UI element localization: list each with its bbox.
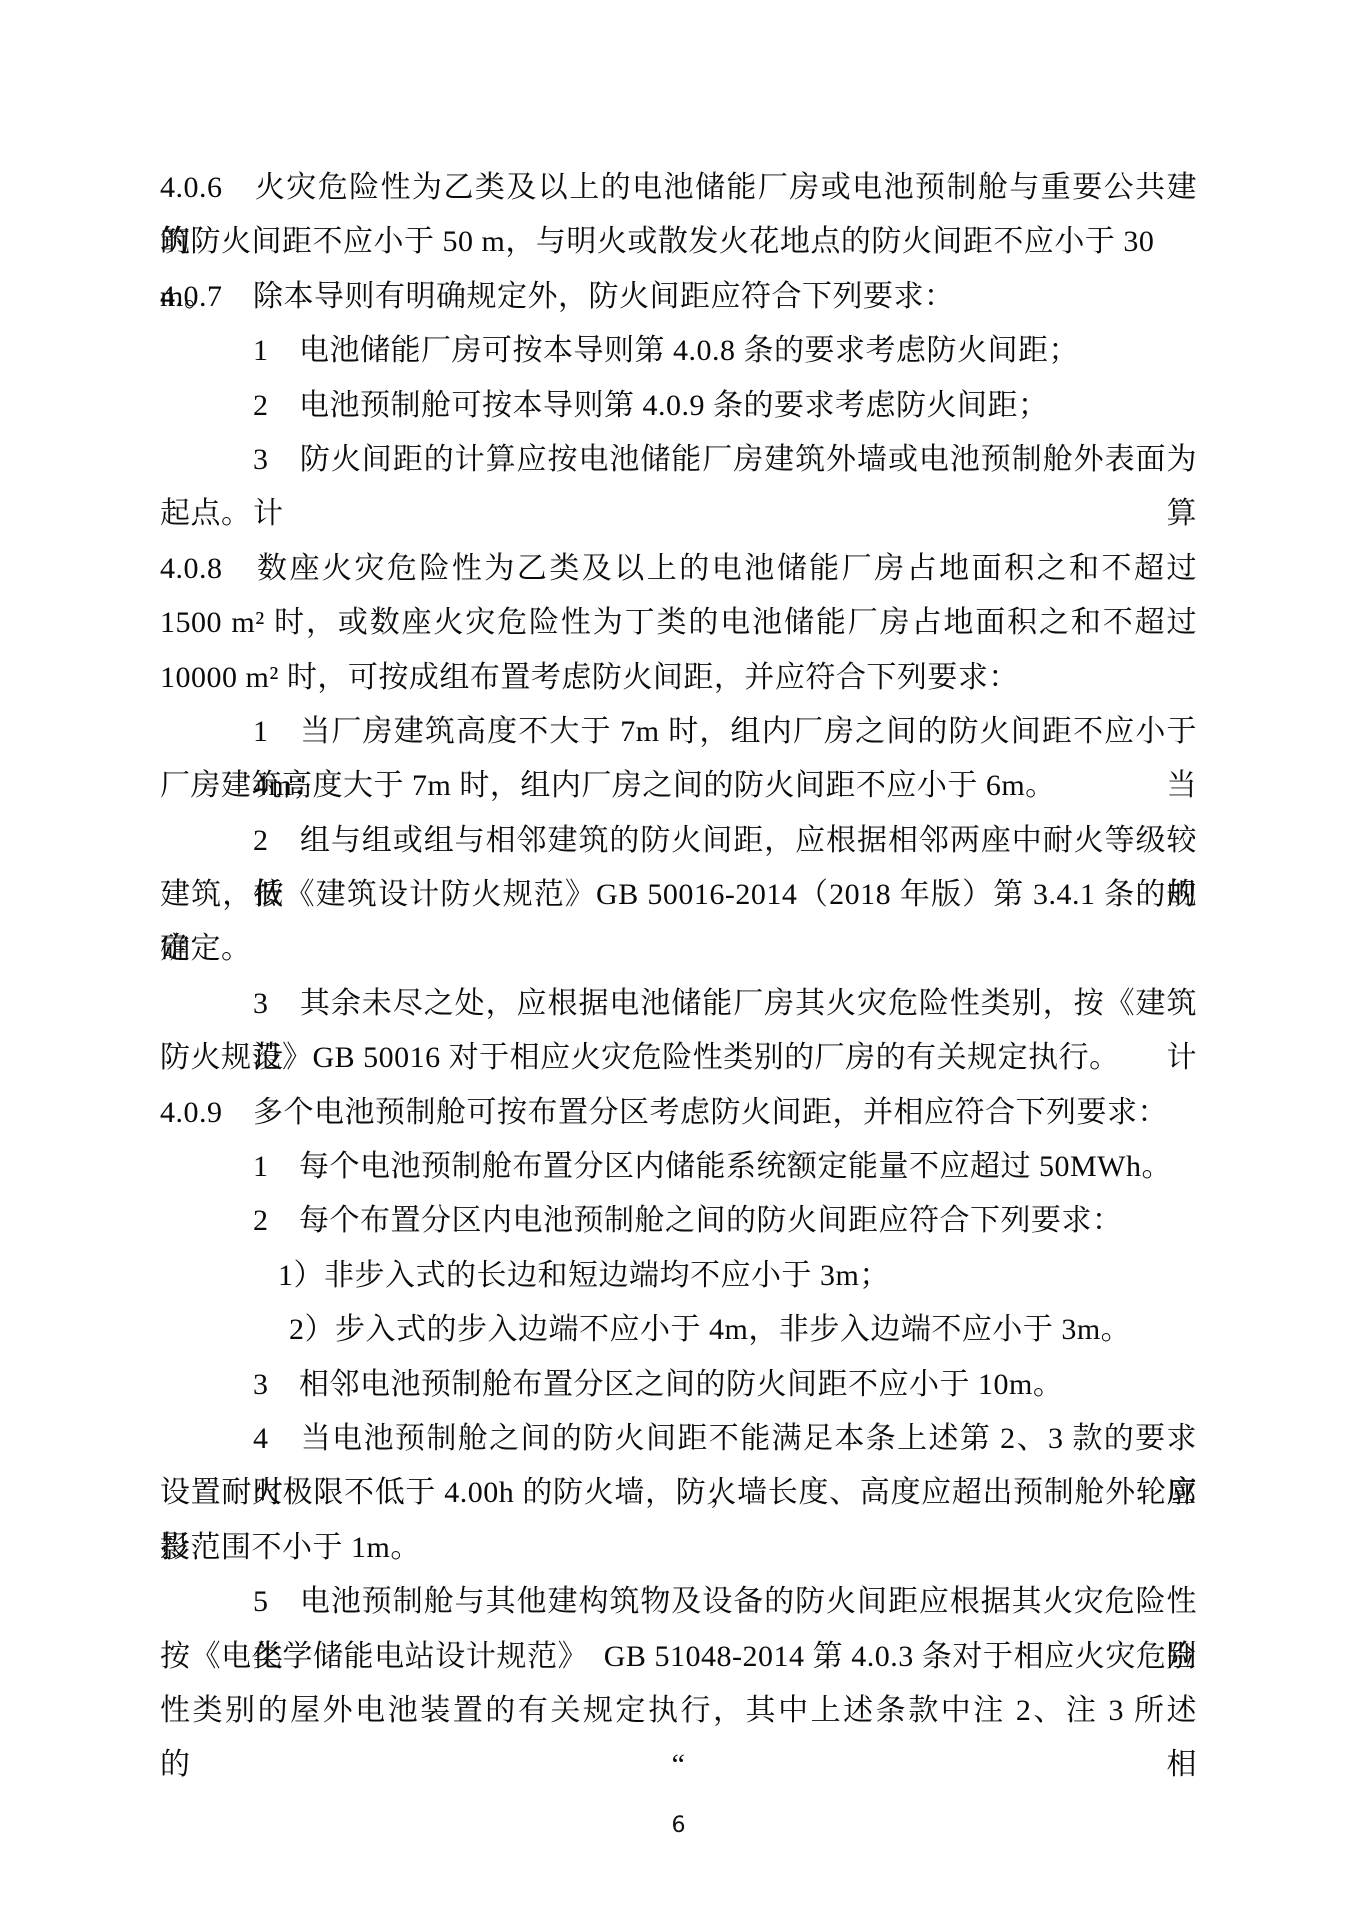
doc-line: 4.0.9 多个电池预制舱可按布置分区考虑防火间距，并相应符合下列要求： — [160, 1086, 1197, 1140]
doc-line: 1 电池储能厂房可按本导则第 4.0.8 条的要求考虑防火间距； — [160, 324, 1197, 378]
doc-line: 10000 m² 时，可按成组布置考虑防火间距，并应符合下列要求： — [160, 651, 1197, 705]
doc-line: 3 相邻电池预制舱布置分区之间的防火间距不应小于 10m。 — [160, 1358, 1197, 1412]
doc-line: 1 当厂房建筑高度不大于 7m 时，组内厂房之间的防火间距不应小于 4m；当 — [160, 705, 1197, 759]
document-page: 4.0.6 火灾危险性为乙类及以上的电池储能厂房或电池预制舱与重要公共建筑 的防… — [0, 0, 1357, 1930]
doc-line: 1 每个电池预制舱布置分区内储能系统额定能量不应超过 50MWh。 — [160, 1140, 1197, 1194]
doc-line: 2）步入式的步入边端不应小于 4m，非步入边端不应小于 3m。 — [160, 1303, 1197, 1357]
page-number: 6 — [0, 1813, 1357, 1838]
doc-line: 性类别的屋外电池装置的有关规定执行，其中上述条款中注 2、注 3 所述的“相 — [160, 1684, 1197, 1738]
doc-line: 4.0.8 数座火灾危险性为乙类及以上的电池储能厂房占地面积之和不超过 — [160, 542, 1197, 596]
doc-line: 4.0.6 火灾危险性为乙类及以上的电池储能厂房或电池预制舱与重要公共建筑 — [160, 161, 1197, 215]
doc-line: 2 每个布置分区内电池预制舱之间的防火间距应符合下列要求： — [160, 1194, 1197, 1248]
doc-line: 5 电池预制舱与其他建构筑物及设备的防火间距应根据其火灾危险性类别 — [160, 1575, 1197, 1629]
doc-line: 1500 m² 时，或数座火灾危险性为丁类的电池储能厂房占地面积之和不超过 — [160, 596, 1197, 650]
doc-line: 确定。 — [160, 922, 1197, 976]
doc-line: 3 其余未尽之处，应根据电池储能厂房其火灾危险性类别，按《建筑设计 — [160, 977, 1197, 1031]
doc-line: 按《电化学储能电站设计规范》 GB 51048-2014 第 4.0.3 条对于… — [160, 1630, 1197, 1684]
doc-line: 影范围不小于 1m。 — [160, 1521, 1197, 1575]
doc-line: 的防火间距不应小于 50 m，与明火或散发火花地点的防火间距不应小于 30 m。 — [160, 215, 1197, 269]
doc-line: 设置耐火极限不低于 4.00h 的防火墙，防火墙长度、高度应超出预制舱外轮廓投 — [160, 1466, 1197, 1520]
doc-line: 4.0.7 除本导则有明确规定外，防火间距应符合下列要求： — [160, 270, 1197, 324]
doc-line: 建筑，按《建筑设计防火规范》GB 50016-2014（2018 年版）第 3.… — [160, 868, 1197, 922]
doc-line: 2 组与组或组与相邻建筑的防火间距，应根据相邻两座中耐火等级较低的 — [160, 814, 1197, 868]
document-body: 4.0.6 火灾危险性为乙类及以上的电池储能厂房或电池预制舱与重要公共建筑 的防… — [160, 161, 1197, 1738]
doc-line: 3 防火间距的计算应按电池储能厂房建筑外墙或电池预制舱外表面为计算 — [160, 433, 1197, 487]
doc-line: 厂房建筑高度大于 7m 时，组内厂房之间的防火间距不应小于 6m。 — [160, 759, 1197, 813]
doc-line: 防火规范》GB 50016 对于相应火灾危险性类别的厂房的有关规定执行。 — [160, 1031, 1197, 1085]
doc-line: 4 当电池预制舱之间的防火间距不能满足本条上述第 2、3 款的要求时，应 — [160, 1412, 1197, 1466]
doc-line: 2 电池预制舱可按本导则第 4.0.9 条的要求考虑防火间距； — [160, 379, 1197, 433]
doc-line: 1）非步入式的长边和短边端均不应小于 3m； — [160, 1249, 1197, 1303]
